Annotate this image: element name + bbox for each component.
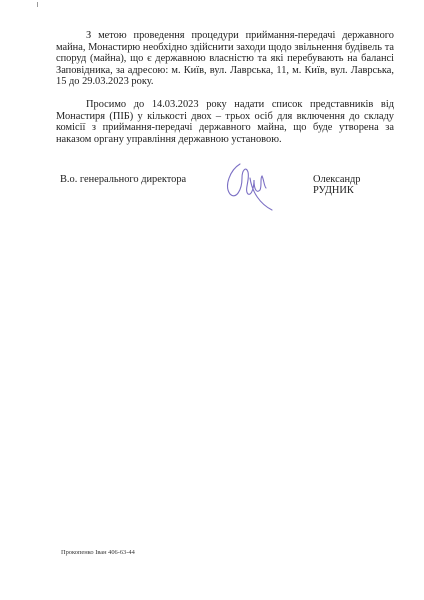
signatory-name: Олександр РУДНИК (313, 174, 396, 196)
page-mark (37, 2, 38, 7)
executor-contact: Прокопенко Іван 406-63-44 (61, 549, 135, 556)
paragraph-release-buildings: З метою проведення процедури приймання-п… (56, 30, 394, 88)
paragraph-request-representatives: Просимо до 14.03.2023 року надати список… (56, 99, 394, 145)
document-body-2: Просимо до 14.03.2023 року надати список… (56, 99, 394, 145)
signatory-title: В.о. генерального директора (60, 174, 186, 185)
signature-block: В.о. генерального директора Олександр РУ… (60, 170, 396, 210)
signature-icon (220, 160, 280, 212)
document-body: З метою проведення процедури приймання-п… (56, 30, 394, 88)
